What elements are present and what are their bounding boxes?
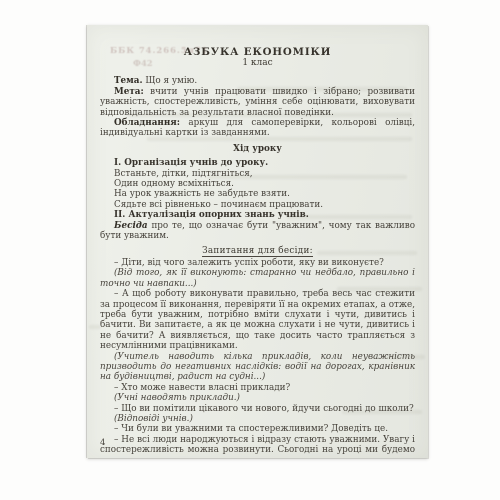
- page-number: 4: [100, 438, 105, 448]
- meta-goal: Мета: вчити учнів працювати швидко і зіб…: [100, 87, 415, 118]
- section1-heading: І. Організація учнів до уроку.: [100, 158, 415, 168]
- verse-line: Сядьте всі рівненько – починаєм працюват…: [100, 200, 415, 210]
- dialogue-teacher: – А щоб роботу виконувати правильно, тре…: [100, 289, 415, 351]
- dialogue-answer: (Відповіді учнів.): [100, 414, 415, 424]
- grade-label: 1 клас: [100, 58, 415, 68]
- section2-lead-label: Бесіда: [114, 221, 148, 231]
- dialogue-question: – Чи були ви уважними та спостережливими…: [100, 424, 415, 434]
- book-page: ББК 74.266.5я71 Ф42 АЗБУКА ЕКОНОМІКИ 1 к…: [87, 25, 428, 458]
- meta-goal-text: вчити учнів працювати швидко і зібрано; …: [100, 87, 415, 118]
- dialogue-remark: (Учитель наводить кілька прикладів, коли…: [100, 352, 415, 383]
- questions-heading: Запитання для бесіди:: [100, 246, 415, 256]
- page-title: АЗБУКА ЕКОНОМІКИ: [100, 46, 415, 58]
- verse-line: На урок уважність не забудьте взяти.: [100, 189, 415, 199]
- dialogue-question: – Хто може навести власні приклади?: [100, 383, 415, 393]
- scan-background: ББК 74.266.5я71 Ф42 АЗБУКА ЕКОНОМІКИ 1 к…: [0, 0, 500, 500]
- page-content: АЗБУКА ЕКОНОМІКИ 1 клас Тема. Що я умію.…: [100, 46, 415, 434]
- lesson-flow-heading: Хід уроку: [100, 144, 415, 154]
- questions-heading-text: Запитання для бесіди:: [202, 246, 313, 258]
- meta-theme: Тема. Що я умію.: [100, 76, 415, 86]
- dialogue-question: – Діти, від чого залежить успіх роботи, …: [100, 258, 415, 268]
- verse-line: Встаньте, дітки, підтягніться,: [100, 169, 415, 179]
- section2-lead-text: про те, що означає бути "уважним", чому …: [100, 221, 415, 241]
- dialogue-answer: (Від того, як її виконують: старанно чи …: [100, 268, 415, 289]
- dialogue-teacher: – Не всі люди народжуються і відразу ста…: [100, 435, 415, 458]
- section2-heading: ІІ. Актуалізація опорних знань учнів.: [100, 210, 415, 220]
- meta-goal-label: Мета:: [114, 87, 144, 97]
- verse-line: Один одному всміхніться.: [100, 179, 415, 189]
- meta-theme-label: Тема.: [114, 76, 143, 86]
- meta-equipment: Обладнання: аркуш для самоперевірки, кол…: [100, 118, 415, 139]
- dialogue-question: – Що ви помітили цікавого чи нового, йду…: [100, 404, 415, 414]
- meta-theme-text: Що я умію.: [145, 76, 197, 86]
- meta-equipment-label: Обладнання:: [114, 118, 180, 128]
- dialogue-answer: (Учні наводять приклади.): [100, 393, 415, 403]
- section2-lead: Бесіда про те, що означає бути "уважним"…: [100, 221, 415, 242]
